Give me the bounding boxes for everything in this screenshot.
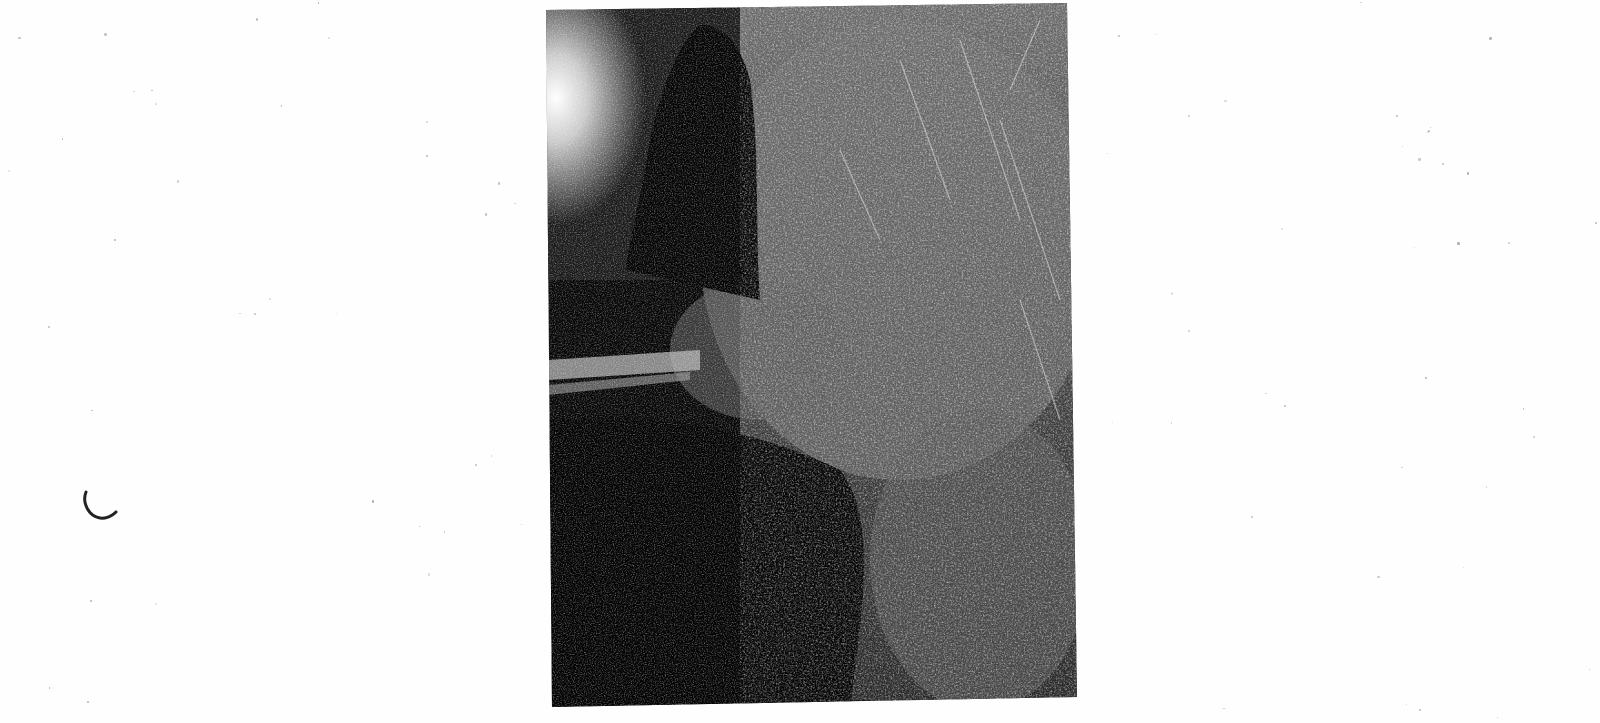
photograph (0, 0, 1600, 723)
photo-image (0, 0, 1600, 723)
pen-mark (80, 488, 120, 524)
scanned-page (0, 0, 1600, 723)
